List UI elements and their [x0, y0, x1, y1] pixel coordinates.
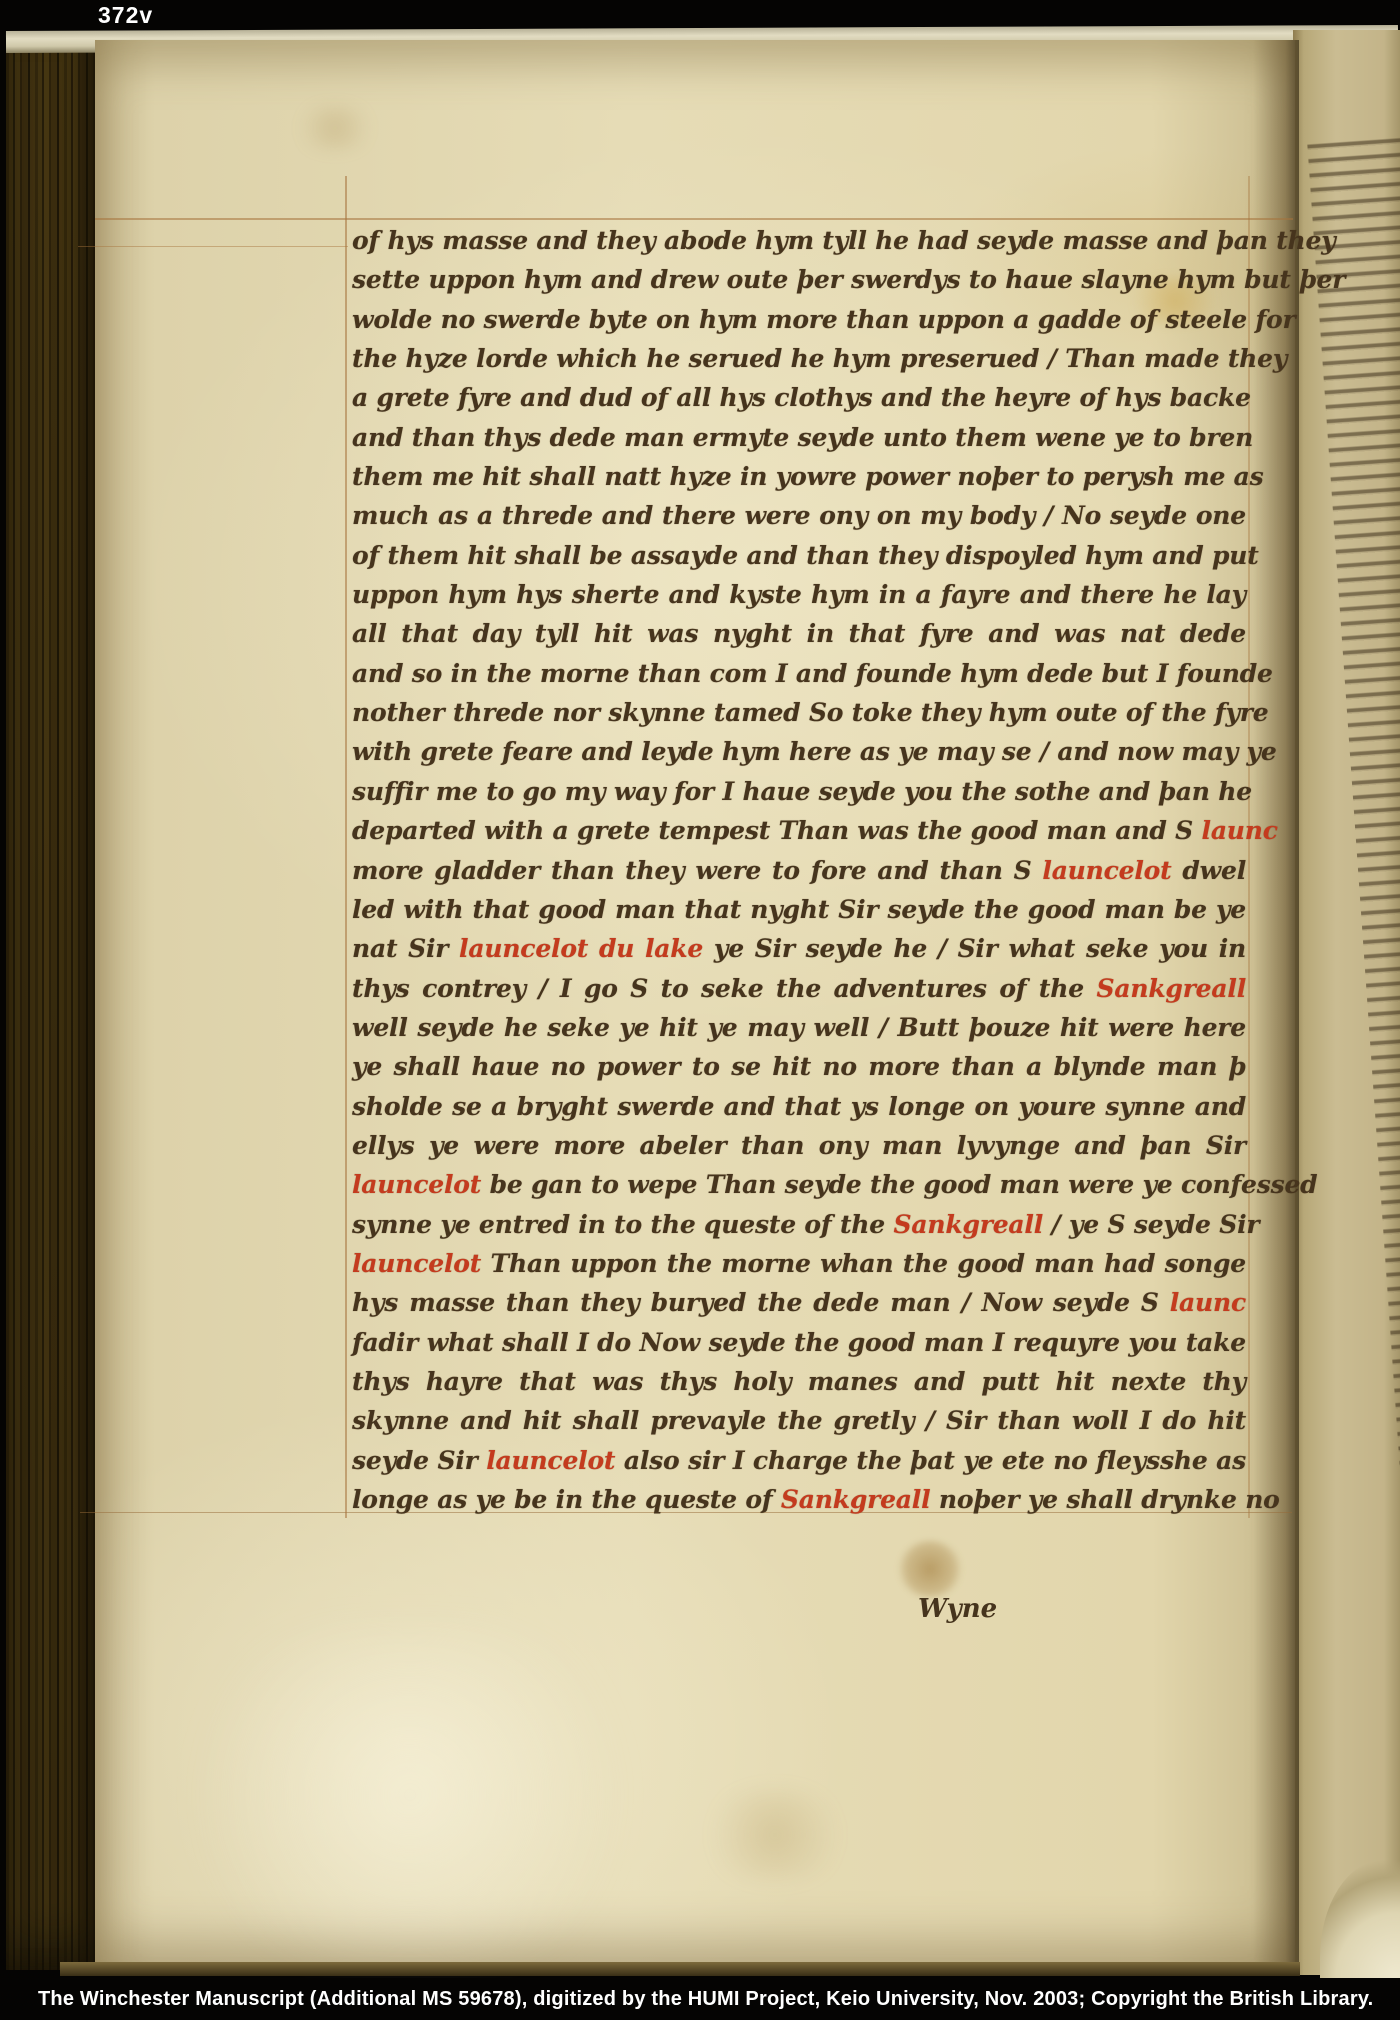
- ink-text: fadir what shall I do Now seyde the good…: [352, 1328, 1246, 1357]
- ink-text: suffir me to go my way for I haue seyde …: [352, 777, 1252, 806]
- ink-text: skynne and hit shall prevayle the gretly…: [352, 1406, 1246, 1435]
- rubric-text: Sankgreall: [781, 1485, 931, 1514]
- manuscript-line: wolde no swerde byte on hym more than up…: [352, 300, 1246, 339]
- manuscript-line: sette uppon hym and drew oute þer swerdy…: [352, 260, 1246, 299]
- ruling-right-vertical: [1248, 176, 1250, 1518]
- facing-page-text-showthrough: [1307, 133, 1400, 1536]
- ink-text: the hyze lorde which he serued he hym pr…: [352, 344, 1287, 373]
- ruling-left-vertical: [345, 176, 347, 1518]
- ink-text: of hys masse and they abode hym tyll he …: [352, 226, 1336, 255]
- page-bottom-edge: [60, 1962, 1300, 1976]
- caption-text: The Winchester Manuscript (Additional MS…: [0, 1988, 1373, 2011]
- manuscript-line: and so in the morne than com I and found…: [352, 654, 1246, 693]
- manuscript-line: ye shall haue no power to se hit no more…: [352, 1047, 1246, 1086]
- manuscript-line: of them hit shall be assayde and than th…: [352, 536, 1246, 575]
- ink-text: longe as ye be in the queste of: [352, 1485, 781, 1514]
- ink-text: of them hit shall be assayde and than th…: [352, 541, 1259, 570]
- screenshot-root: 372v of hys masse and they abode hym tyl…: [0, 0, 1400, 2020]
- folio-number-label: 372v: [98, 2, 153, 29]
- manuscript-line: hys masse than they buryed the dede man …: [352, 1283, 1246, 1322]
- ink-text: and so in the morne than com I and found…: [352, 659, 1273, 688]
- ink-text: a grete fyre and dud of all hys clothys …: [352, 383, 1251, 412]
- manuscript-line: departed with a grete tempest Than was t…: [352, 811, 1246, 850]
- ink-text: thys hayre that was thys holy manes and …: [352, 1367, 1246, 1396]
- foxing-stain: [700, 1790, 850, 1880]
- manuscript-line: launcelot Than uppon the morne whan the …: [352, 1244, 1246, 1283]
- rubric-text: launcelot du lake: [459, 934, 703, 963]
- rubric-text: launc: [1170, 1288, 1246, 1317]
- manuscript-line: seyde Sir launcelot also sir I charge th…: [352, 1441, 1246, 1480]
- ink-text: dwel: [1172, 856, 1247, 885]
- ink-text: much as a threde and there were ony on m…: [352, 501, 1246, 530]
- ink-text: them me hit shall natt hyze in yowre pow…: [352, 462, 1264, 491]
- rubric-text: launc: [1202, 816, 1278, 845]
- ruling-secondary-horizontal: [78, 246, 348, 247]
- faint-stain: [290, 105, 380, 151]
- manuscript-line: suffir me to go my way for I haue seyde …: [352, 772, 1246, 811]
- manuscript-line: with grete feare and leyde hym here as y…: [352, 732, 1246, 771]
- manuscript-line: much as a threde and there were ony on m…: [352, 496, 1246, 535]
- manuscript-text-block: of hys masse and they abode hym tyll he …: [352, 221, 1246, 1519]
- manuscript-line: of hys masse and they abode hym tyll he …: [352, 221, 1246, 260]
- ink-text: and than thys dede man ermyte seyde unto…: [352, 423, 1253, 452]
- manuscript-line: more gladder than they were to fore and …: [352, 851, 1246, 890]
- manuscript-line: led with that good man that nyght Sir se…: [352, 890, 1246, 929]
- manuscript-line: synne ye entred in to the queste of the …: [352, 1205, 1246, 1244]
- ink-stain: [898, 1540, 962, 1598]
- ink-text: ellys ye were more abeler than ony man l…: [352, 1131, 1246, 1160]
- ink-text: seyde Sir: [352, 1446, 486, 1475]
- caption-bar: The Winchester Manuscript (Additional MS…: [0, 1978, 1400, 2020]
- manuscript-line: thys contrey / I go S to seke the advent…: [352, 969, 1246, 1008]
- rubric-text: launcelot: [352, 1249, 481, 1278]
- ink-text: wolde no swerde byte on hym more than up…: [352, 305, 1296, 334]
- manuscript-line: launcelot be gan to wepe Than seyde the …: [352, 1165, 1246, 1204]
- manuscript-line: the hyze lorde which he serued he hym pr…: [352, 339, 1246, 378]
- manuscript-line: and than thys dede man ermyte seyde unto…: [352, 418, 1246, 457]
- ink-text: sette uppon hym and drew oute þer swerdy…: [352, 265, 1345, 294]
- ink-text: well seyde he seke ye hit ye may well / …: [352, 1013, 1246, 1042]
- manuscript-line: fadir what shall I do Now seyde the good…: [352, 1323, 1246, 1362]
- manuscript-line: ellys ye were more abeler than ony man l…: [352, 1126, 1246, 1165]
- ink-text: with grete feare and leyde hym here as y…: [352, 737, 1277, 766]
- manuscript-line: all that day tyll hit was nyght in that …: [352, 614, 1246, 653]
- manuscript-line: well seyde he seke ye hit ye may well / …: [352, 1008, 1246, 1047]
- catchword: Wyne: [918, 1594, 997, 1624]
- rubric-text: launcelot: [352, 1170, 481, 1199]
- left-page-edges: [6, 40, 98, 1970]
- ink-text: ye shall haue no power to se hit no more…: [352, 1052, 1246, 1081]
- ink-text: departed with a grete tempest Than was t…: [352, 816, 1202, 845]
- ink-text: uppon hym hys sherte and kyste hym in a …: [352, 580, 1246, 609]
- rubric-text: launcelot: [1042, 856, 1171, 885]
- ink-text: nat Sir: [352, 934, 459, 963]
- ink-text: / ye S seyde Sir: [1043, 1210, 1259, 1239]
- light-patch: [180, 1630, 640, 1960]
- ink-text: also sir I charge the þat ye ete no fley…: [615, 1446, 1246, 1475]
- rubric-text: Sankgreall: [894, 1210, 1044, 1239]
- ink-text: noþer ye shall drynke no: [930, 1485, 1279, 1514]
- ink-text: led with that good man that nyght Sir se…: [352, 895, 1246, 924]
- rubric-text: Sankgreall: [1096, 974, 1246, 1003]
- ink-text: more gladder than they were to fore and …: [352, 856, 1042, 885]
- manuscript-line: nother threde nor skynne tamed So toke t…: [352, 693, 1246, 732]
- manuscript-line: longe as ye be in the queste of Sankgrea…: [352, 1480, 1246, 1519]
- ink-text: thys contrey / I go S to seke the advent…: [352, 974, 1096, 1003]
- manuscript-line: sholde se a bryght swerde and that ys lo…: [352, 1087, 1246, 1126]
- ink-text: Than uppon the morne whan the good man h…: [481, 1249, 1246, 1278]
- manuscript-line: them me hit shall natt hyze in yowre pow…: [352, 457, 1246, 496]
- manuscript-line: nat Sir launcelot du lake ye Sir seyde h…: [352, 929, 1246, 968]
- ink-text: nother threde nor skynne tamed So toke t…: [352, 698, 1269, 727]
- manuscript-line: uppon hym hys sherte and kyste hym in a …: [352, 575, 1246, 614]
- ink-text: ye Sir seyde he / Sir what seke you in: [703, 934, 1246, 963]
- ink-text: be gan to wepe Than seyde the good man w…: [481, 1170, 1317, 1199]
- ink-text: hys masse than they buryed the dede man …: [352, 1288, 1170, 1317]
- ink-text: sholde se a bryght swerde and that ys lo…: [352, 1092, 1246, 1121]
- manuscript-line: a grete fyre and dud of all hys clothys …: [352, 378, 1246, 417]
- facing-page-edge: [1293, 30, 1400, 1975]
- ink-text: all that day tyll hit was nyght in that …: [352, 619, 1246, 648]
- rubric-text: launcelot: [486, 1446, 615, 1475]
- manuscript-line: skynne and hit shall prevayle the gretly…: [352, 1401, 1246, 1440]
- ink-text: synne ye entred in to the queste of the: [352, 1210, 894, 1239]
- manuscript-line: thys hayre that was thys holy manes and …: [352, 1362, 1246, 1401]
- ruling-top-horizontal: [95, 218, 1293, 220]
